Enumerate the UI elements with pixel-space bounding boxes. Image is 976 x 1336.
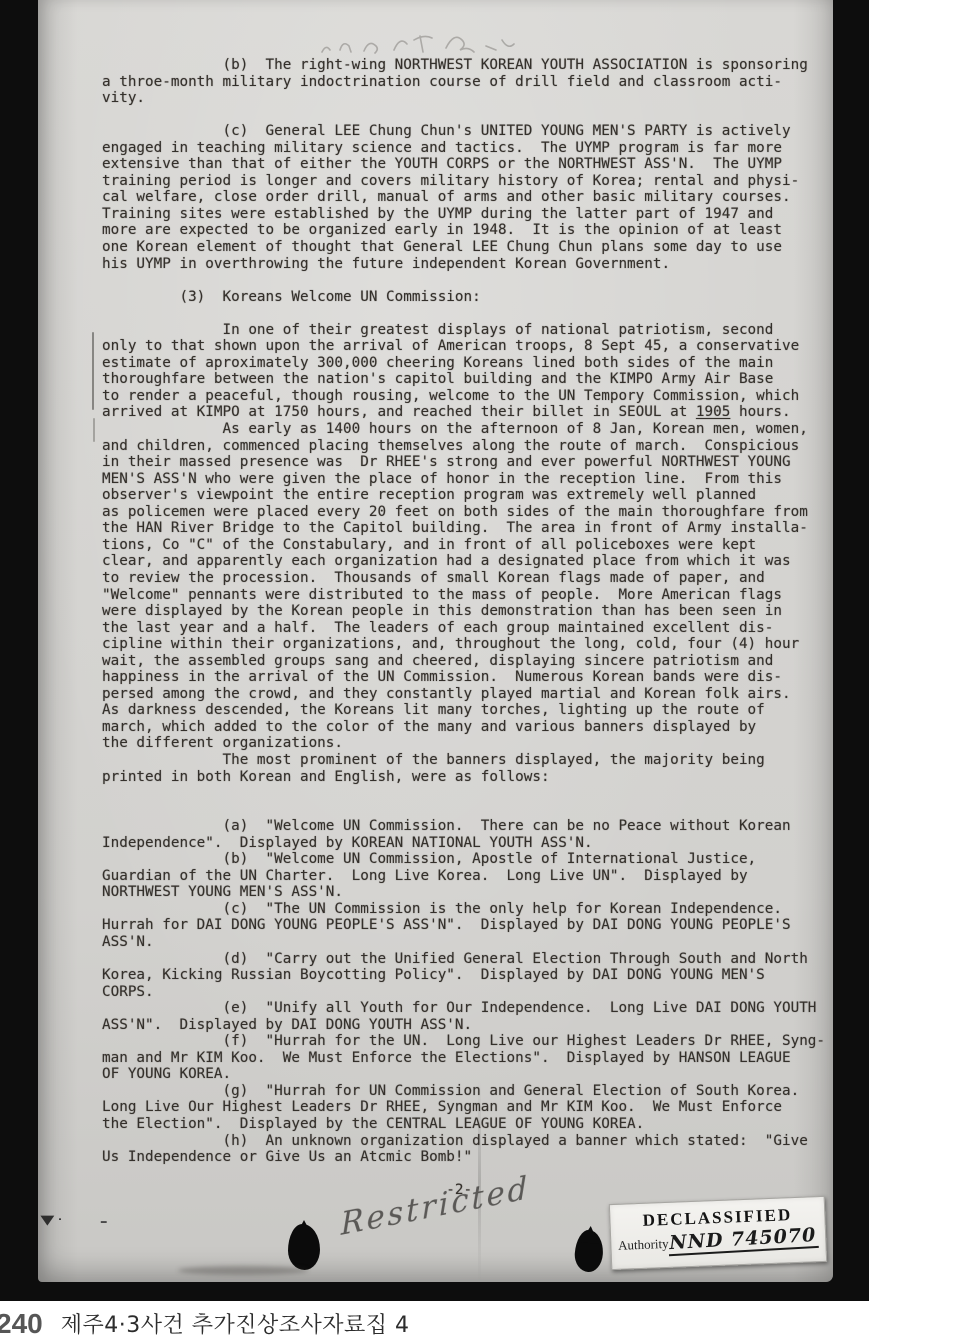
text-line: OF YOUNG KOREA. — [102, 1066, 825, 1083]
text-line: the Election". Displayed by the CENTRAL … — [102, 1116, 825, 1133]
text-line — [102, 1166, 825, 1183]
text-line: NORTHWEST YOUNG MEN'S ASS'N. — [102, 884, 825, 901]
text-line: (c) General LEE Chung Chun's UNITED YOUN… — [102, 123, 825, 140]
text-line: The most prominent of the banners displa… — [102, 752, 825, 769]
text-line: Long Live Our Highest Leaders Dr RHEE, S… — [102, 1099, 825, 1116]
text-line: observer's viewpoint the entire receptio… — [102, 487, 825, 504]
text-line: Guardian of the UN Charter. Long Live Ko… — [102, 868, 825, 885]
text-line: (b) The right-wing NORTHWEST KOREAN YOUT… — [102, 57, 825, 74]
text-line: (d) "Carry out the Unified General Elect… — [102, 951, 825, 968]
ink-smudge — [178, 1266, 308, 1275]
text-line: (a) "Welcome UN Commission. There can be… — [102, 818, 825, 835]
text-line: one Korean element of thought that Gener… — [102, 239, 825, 256]
text-line: the different organizations. — [102, 735, 825, 752]
book-title: 제주4·3사건 추가진상조사자료집 4 — [61, 1313, 410, 1336]
text-line: more are expected to be organized early … — [102, 222, 825, 239]
book-page-number: 240 — [0, 1308, 43, 1336]
text-line: MEN'S ASS'N who were given the place of … — [102, 471, 825, 488]
text-line: Training sites were established by the U… — [102, 206, 825, 223]
document-page: (b) The right-wing NORTHWEST KOREAN YOUT… — [38, 0, 833, 1282]
text-line: (e) "Unify all Youth for Our Independenc… — [102, 1000, 825, 1017]
text-line: only to that shown upon the arrival of A… — [102, 338, 825, 355]
text-line: vity. — [102, 90, 825, 107]
declassified-stamp: DECLASSIFIED AuthorityNND 745070 — [609, 1196, 827, 1270]
text-line: tions, Co "C" of the Constabulary, and i… — [102, 537, 825, 554]
book-footer: 240제주4·3사건 추가진상조사자료집 4 — [0, 1308, 976, 1336]
text-line: wait, the assembled groups sang and chee… — [102, 653, 825, 670]
text-line — [102, 785, 825, 802]
text-line: the HAN River Bridge to the Capitol buil… — [102, 520, 825, 537]
text-line: to review the procession. Thousands of s… — [102, 570, 825, 587]
text-line: (b) "Welcome UN Commission, Apostle of I… — [102, 851, 825, 868]
text-line: (h) An unknown organization displayed a … — [102, 1133, 825, 1150]
text-line: Hurrah for DAI DONG YOUNG PEOPLE'S ASS'N… — [102, 917, 825, 934]
typewritten-text: (b) The right-wing NORTHWEST KOREAN YOUT… — [102, 57, 825, 1199]
text-line: march, which added to the color of the m… — [102, 719, 825, 736]
book-scan-page: { "document": { "lines": [ {"t": " (b) T… — [0, 0, 976, 1336]
text-line: arrived at KIMPO at 1750 hours, and reac… — [102, 404, 825, 421]
scan-backdrop: (b) The right-wing NORTHWEST KOREAN YOUT… — [0, 0, 869, 1301]
text-line: thoroughfare between the nation's capito… — [102, 371, 825, 388]
text-line: (f) "Hurrah for the UN. Long Live our Hi… — [102, 1033, 825, 1050]
text-line: (c) "The UN Commission is the only help … — [102, 901, 825, 918]
text-line: Us Independence or Give Us an Atcmic Bom… — [102, 1149, 825, 1166]
text-line: training period is longer and covers mil… — [102, 173, 825, 190]
text-line — [102, 107, 825, 124]
ink-blot-icon — [574, 1229, 605, 1273]
text-line: "Welcome" pennants were distributed to t… — [102, 587, 825, 604]
text-line: happiness in the arrival of the UN Commi… — [102, 669, 825, 686]
text-line — [102, 802, 825, 819]
text-line: extensive than that of either the YOUTH … — [102, 156, 825, 173]
dash-mark-icon: – — [100, 1212, 108, 1230]
text-line: clear, and apparently each organization … — [102, 553, 825, 570]
text-line: cal welfare, close order drill, manual o… — [102, 189, 825, 206]
text-line: estimate of aproximately 300,000 cheerin… — [102, 355, 825, 372]
stamp-authority-label: Authority — [618, 1236, 669, 1253]
text-line: As early as 1400 hours on the afternoon … — [102, 421, 825, 438]
text-line — [102, 272, 825, 289]
text-line: ASS'N". Displayed by DAI DONG YOUTH ASS'… — [102, 1017, 825, 1034]
text-line: (3) Koreans Welcome UN Commission: — [102, 289, 825, 306]
arrow-mark-icon: ▼· — [40, 1213, 65, 1228]
text-line: CORPS. — [102, 984, 825, 1001]
text-line: cipline within their organizations, and,… — [102, 636, 825, 653]
text-line: persed among the crowd, and they constan… — [102, 686, 825, 703]
text-line: In one of their greatest displays of nat… — [102, 322, 825, 339]
text-line: As darkness descended, the Koreans lit m… — [102, 702, 825, 719]
margin-pencil-line-short — [93, 418, 95, 442]
text-line: Independence". Displayed by KOREAN NATIO… — [102, 835, 825, 852]
text-line: the last year and a half. The leaders of… — [102, 620, 825, 637]
text-line: man and Mr KIM Koo. We Must Enforce the … — [102, 1050, 825, 1067]
ink-blot-icon — [288, 1224, 320, 1270]
text-line: ASS'N. — [102, 934, 825, 951]
text-line: (g) "Hurrah for UN Commission and Genera… — [102, 1083, 825, 1100]
text-line: engaged in teaching military science and… — [102, 140, 825, 157]
text-line: as policemen were placed every 20 feet o… — [102, 504, 825, 521]
text-line: and children, commenced placing themselv… — [102, 438, 825, 455]
text-line: printed in both Korean and English, were… — [102, 769, 825, 786]
text-line: in their massed presence was Dr RHEE's s… — [102, 454, 825, 471]
text-line — [102, 305, 825, 322]
text-line: to render a peaceful, though rousing, we… — [102, 388, 825, 405]
text-line: his UYMP in overthrowing the future inde… — [102, 256, 825, 273]
text-line: a throe-month military indoctrination co… — [102, 74, 825, 91]
margin-pencil-line — [92, 332, 94, 410]
text-line: were displayed by the Korean people in t… — [102, 603, 825, 620]
text-line: Korea, Kicking Russian Boycotting Policy… — [102, 967, 825, 984]
